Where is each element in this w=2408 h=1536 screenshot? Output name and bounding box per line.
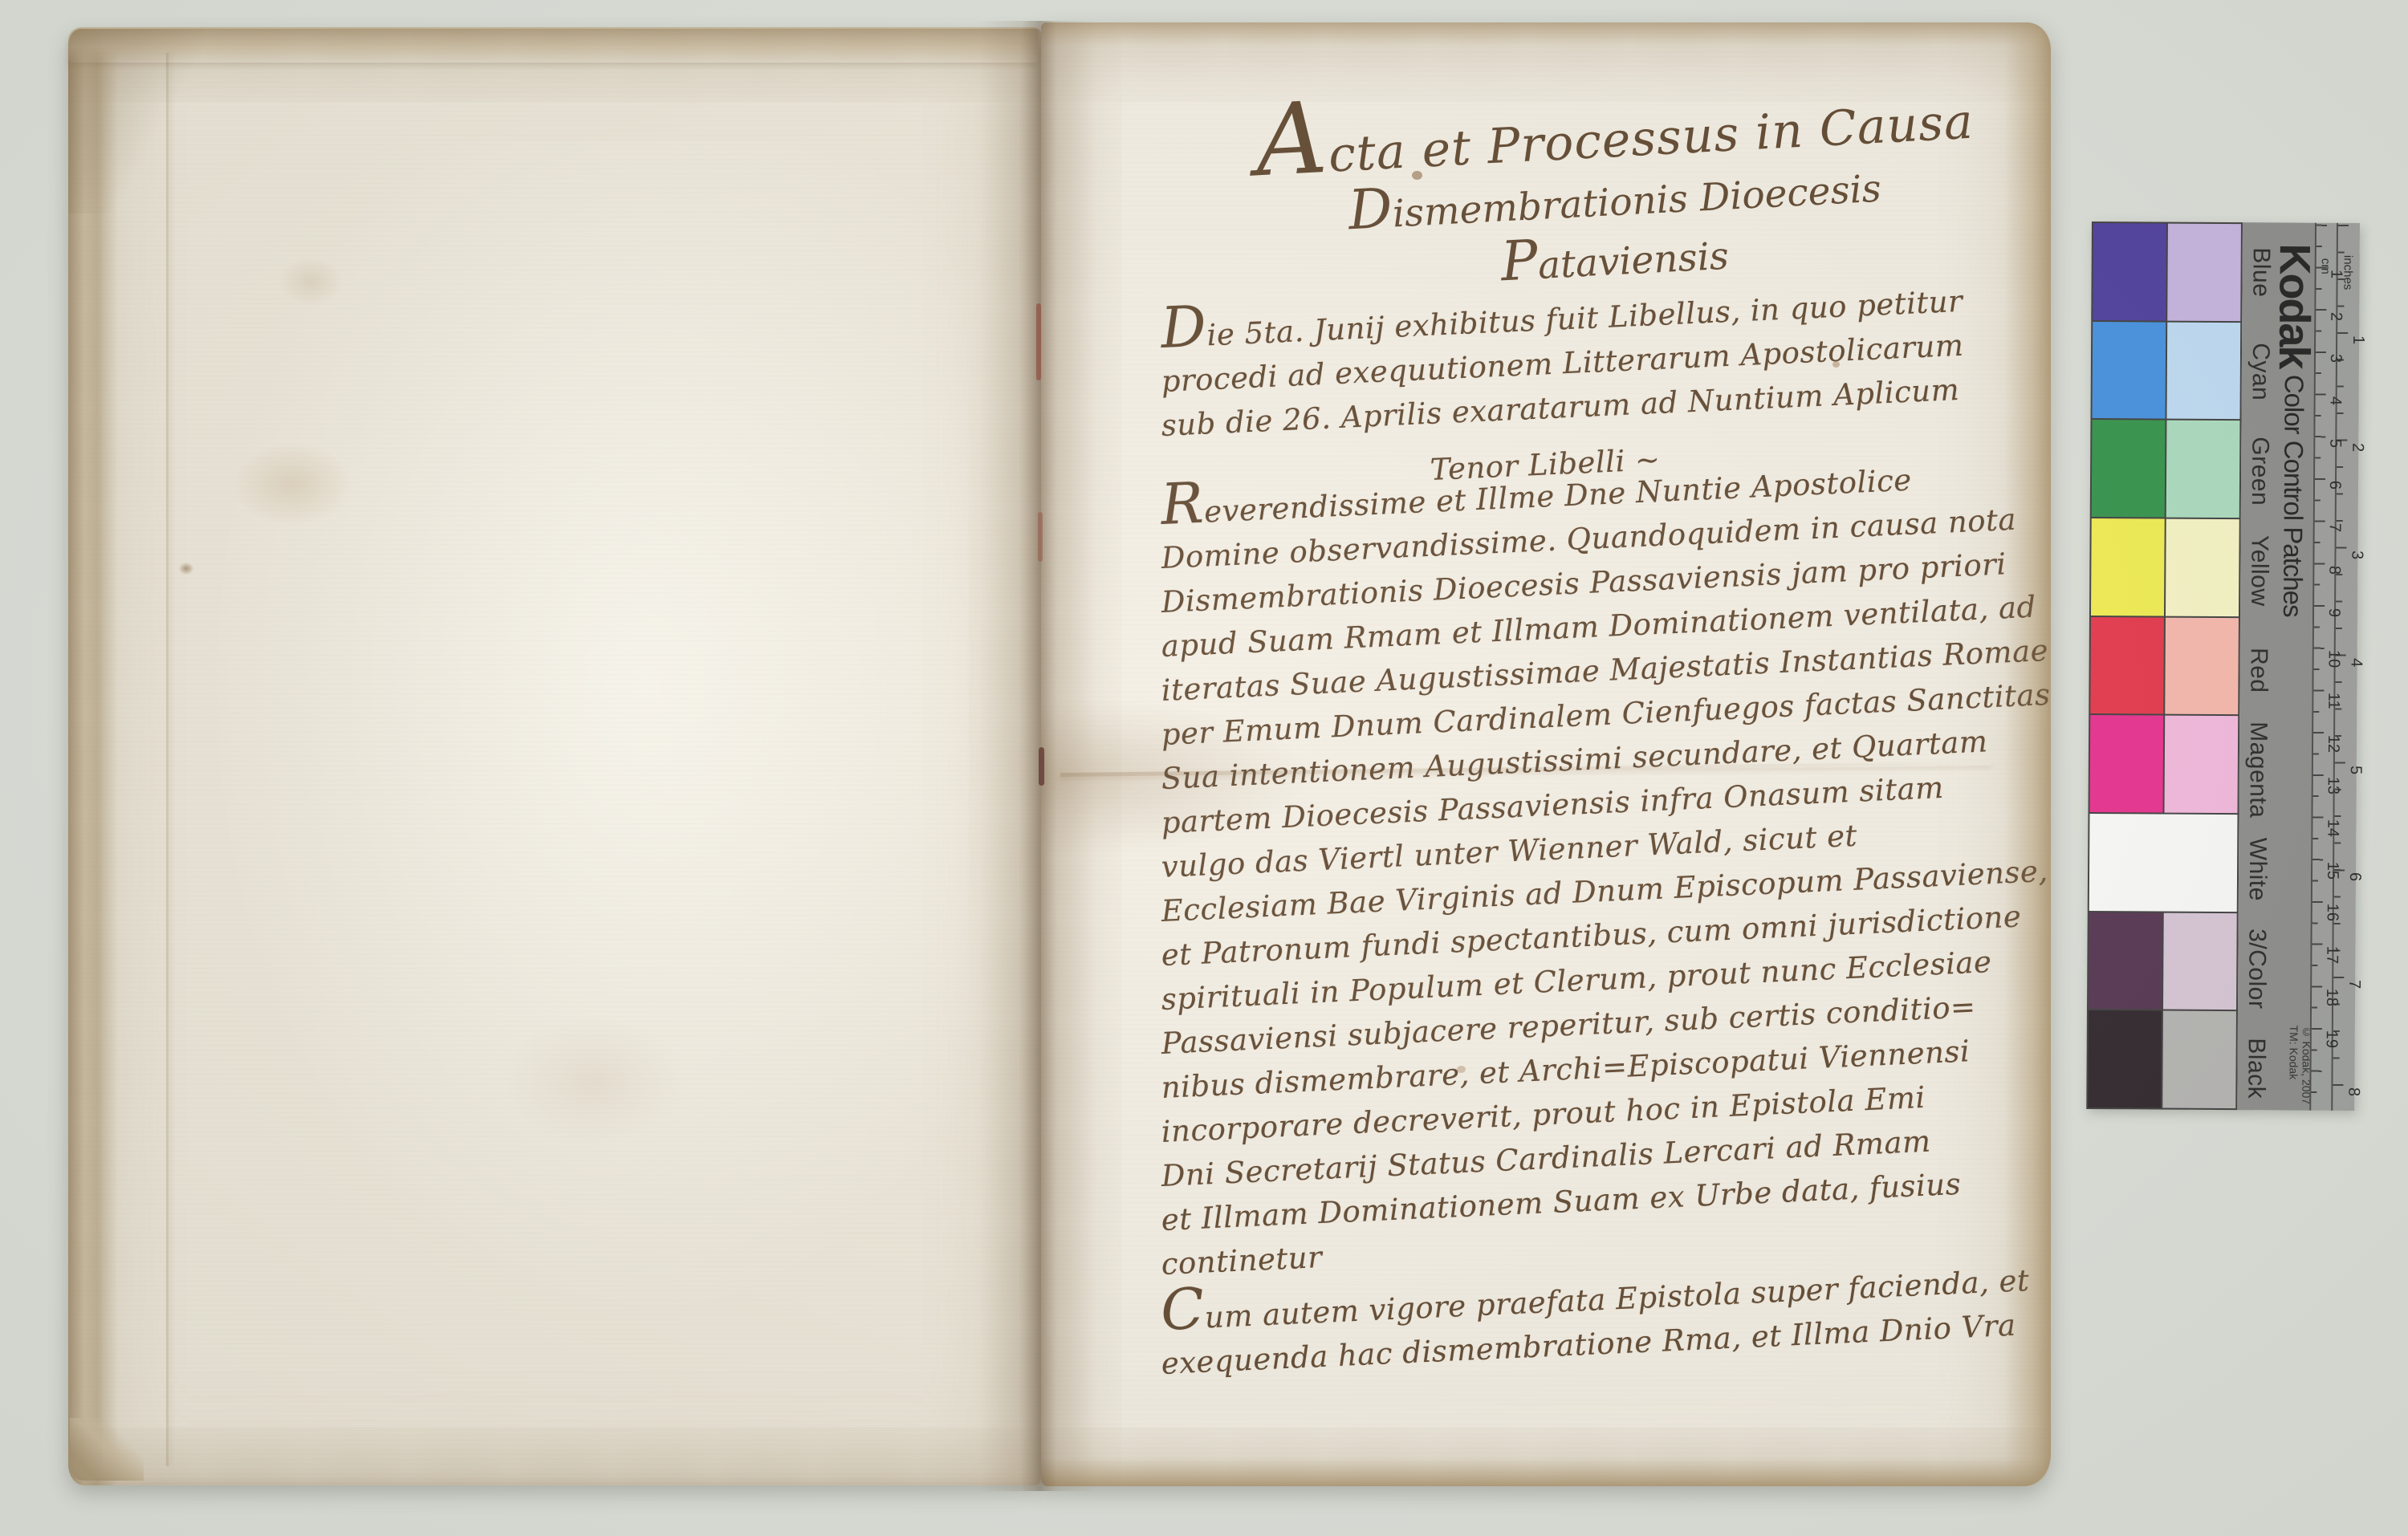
ruler-cm-number: 11 <box>2324 693 2342 735</box>
swatch-label-black: Black <box>2242 1038 2269 1099</box>
swatch-row-yellow <box>2091 518 2239 616</box>
page-vignette <box>68 29 1041 1485</box>
ruler-inch-number: 1 <box>2348 335 2367 443</box>
ruler-cm-number: 6 <box>2325 481 2344 523</box>
swatch-magenta <box>2090 715 2164 812</box>
ruler-cm-number: 10 <box>2324 650 2342 693</box>
swatch-row-blue <box>2093 223 2241 321</box>
card-title-rest: Color Control Patches <box>2278 368 2309 616</box>
binding-stitch-mark <box>1036 303 1041 380</box>
swatch-yellow-tint <box>2166 519 2239 616</box>
ruler-cm-number: 18 <box>2322 988 2341 1030</box>
card-label-strip: Blue Cyan Green Yellow Red Magenta White… <box>2237 222 2315 1111</box>
right-page: Acta et Processus in Causa Dismembration… <box>1041 22 2051 1486</box>
swatch-row-magenta <box>2090 715 2239 813</box>
stain <box>502 1016 686 1144</box>
ruler-cm-numbers: 12345678910111213141516171819 <box>2322 270 2345 1073</box>
right-page-bottom-edge <box>1041 1457 2051 1486</box>
swatch-white <box>2089 814 2238 912</box>
swatch-black <box>2088 1010 2162 1107</box>
ruler-cm-number: 1 <box>2326 270 2345 312</box>
swatch-cyan-tint <box>2166 322 2240 419</box>
swatch-magenta-tint <box>2165 716 2239 813</box>
swatch-red <box>2090 617 2164 714</box>
ruler-inch-number: 4 <box>2346 658 2365 766</box>
left-page <box>68 29 1041 1485</box>
left-page-rolled-edge <box>68 29 118 1485</box>
swatch-red-tint <box>2165 617 2239 714</box>
left-page-vertical-crease <box>166 53 169 1466</box>
swatch-black-tint <box>2162 1011 2236 1108</box>
swatch-label-white: White <box>2243 838 2271 901</box>
swatch-label-red: Red <box>2244 648 2272 693</box>
swatch-label-3color: 3/Color <box>2243 929 2271 1009</box>
ruler-inch-number: 2 <box>2348 443 2367 551</box>
binding-stitch-mark <box>1038 512 1043 562</box>
scan-background: Acta et Processus in Causa Dismembration… <box>0 0 2408 1536</box>
ruler-cm-number: 15 <box>2323 861 2341 904</box>
kodak-color-card: Blue Cyan Green Yellow Red Magenta White… <box>2086 221 2360 1111</box>
ruler-cm-number: 8 <box>2325 566 2343 608</box>
ruler-cm-number: 4 <box>2325 396 2344 439</box>
manuscript-body: Die 5ta. Junij exhibitus fuit Libellus, … <box>1161 315 2044 1386</box>
manuscript-title: Acta et Processus in Causa Dismembration… <box>1246 112 1984 286</box>
left-page-dogear <box>70 1418 144 1481</box>
stain <box>279 258 343 306</box>
ruler-cm-number: 19 <box>2322 1030 2341 1073</box>
binding-stitch-mark <box>1039 747 1044 786</box>
ruler-cm-number: 16 <box>2322 904 2341 946</box>
ruler-cm-number: 13 <box>2323 777 2341 819</box>
manuscript-book: Acta et Processus in Causa Dismembration… <box>68 21 2055 1491</box>
swatch-row-green <box>2092 420 2240 518</box>
ruler-cm-number: 9 <box>2325 607 2343 650</box>
ruler-inch-number: 7 <box>2344 980 2363 1087</box>
ruler-inch-number: 6 <box>2345 872 2364 980</box>
color-swatch-grid <box>2086 221 2243 1110</box>
ruler-cm-number: 12 <box>2324 734 2342 777</box>
ruler-cm-number: 7 <box>2325 523 2343 566</box>
swatch-row-black <box>2088 1010 2236 1108</box>
swatch-green-tint <box>2166 421 2240 518</box>
ruler-cm-number: 5 <box>2325 439 2344 482</box>
paper-texture <box>68 29 1041 1485</box>
kodak-logo-text: Kodak <box>2270 243 2319 368</box>
left-page-corner-crease <box>68 29 205 213</box>
swatch-row-red <box>2090 617 2239 715</box>
ruler-inch-number: 8 <box>2344 1087 2363 1195</box>
left-page-sheen <box>189 141 969 1349</box>
ruler-inch-numbers: 12345678 <box>2344 335 2368 1195</box>
swatch-row-cyan <box>2093 322 2241 420</box>
swatch-row-3color <box>2089 912 2237 1010</box>
ruler-cm-number: 14 <box>2323 819 2341 862</box>
swatch-3color-tint <box>2163 912 2237 1010</box>
stain <box>233 442 353 526</box>
card-title: Kodak Color Control Patches <box>2268 243 2320 616</box>
ruler-cm-number: 2 <box>2326 311 2345 354</box>
ruler-cm-number: 17 <box>2322 946 2341 989</box>
swatch-blue <box>2093 223 2166 320</box>
swatch-label-magenta: Magenta <box>2243 721 2272 818</box>
swatch-green <box>2092 420 2166 517</box>
swatch-yellow <box>2091 518 2165 616</box>
ruler-cm-number: 3 <box>2326 354 2345 396</box>
card-ruler: cm inches 12345678910111213141516171819 … <box>2309 223 2360 1111</box>
ruler-inch-number: 5 <box>2345 766 2365 873</box>
stain <box>179 563 193 575</box>
swatch-row-white <box>2089 814 2238 912</box>
swatch-blue-tint <box>2167 224 2241 321</box>
ruler-inch-number: 3 <box>2347 551 2366 658</box>
swatch-3color <box>2089 912 2162 1010</box>
swatch-cyan <box>2093 322 2166 419</box>
right-page-top-edge <box>1041 22 2051 47</box>
left-page-top-fold <box>68 27 1038 63</box>
